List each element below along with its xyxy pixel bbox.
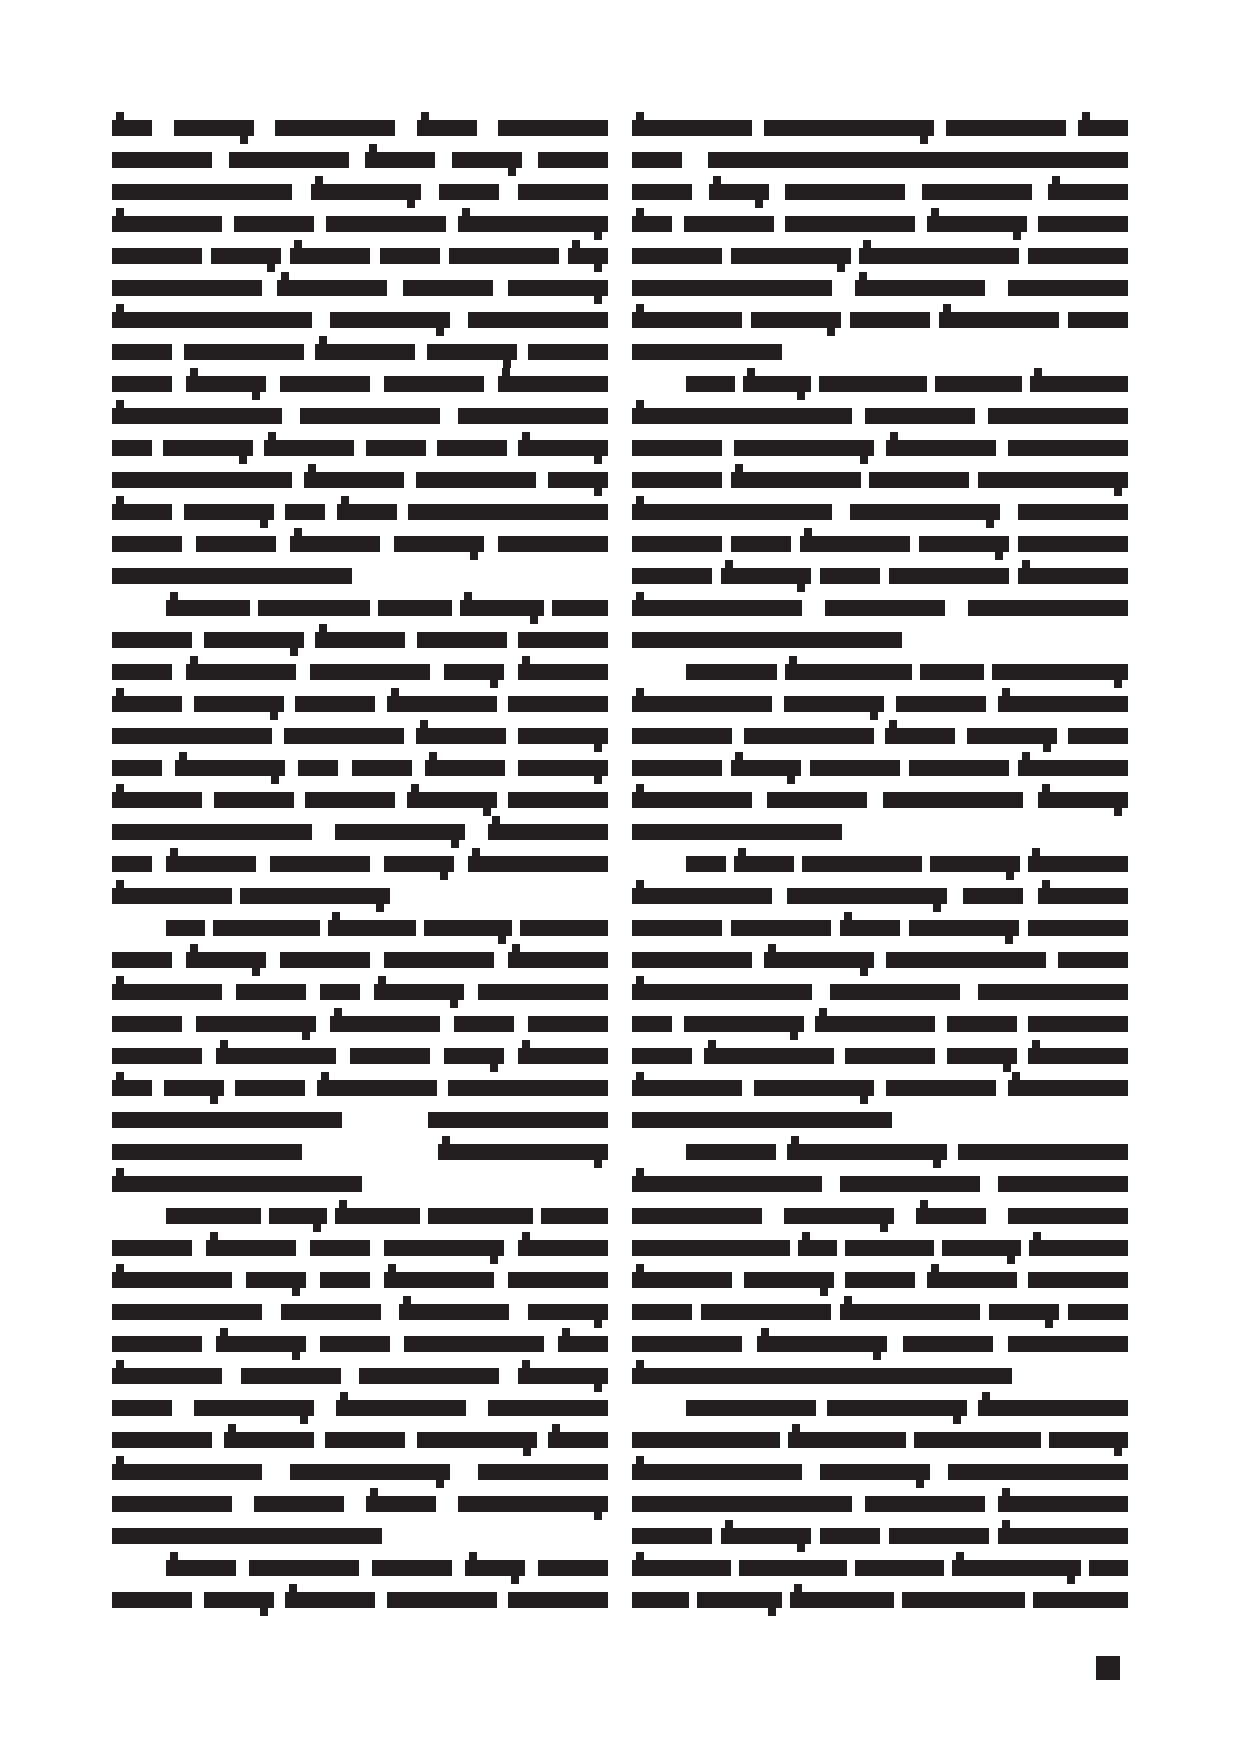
redacted-word xyxy=(568,248,608,264)
redacted-word xyxy=(855,1560,944,1576)
redacted-word xyxy=(112,1432,212,1448)
redacted-word xyxy=(234,216,314,232)
redacted-word xyxy=(632,568,712,584)
redacted-word xyxy=(686,1144,776,1160)
redacted-word xyxy=(920,664,984,680)
redacted-word xyxy=(909,920,1019,936)
redacted-word xyxy=(632,536,722,552)
text-line xyxy=(112,1584,608,1616)
redacted-word xyxy=(508,792,608,808)
redacted-word xyxy=(784,696,884,712)
redacted-word xyxy=(1048,184,1128,200)
redacted-word xyxy=(112,1272,232,1288)
redacted-word xyxy=(632,920,722,936)
redacted-word xyxy=(518,440,608,456)
redacted-word xyxy=(684,216,774,232)
redacted-word xyxy=(498,120,608,136)
redacted-word xyxy=(632,1464,802,1480)
redacted-word xyxy=(820,1528,880,1544)
redacted-word xyxy=(241,1368,341,1384)
redacted-word xyxy=(731,248,851,264)
text-line xyxy=(632,688,1128,720)
redacted-word xyxy=(112,1400,172,1416)
redacted-word xyxy=(330,312,450,328)
redacted-word xyxy=(632,440,722,456)
redacted-word xyxy=(632,1368,1012,1384)
redacted-word xyxy=(458,1496,608,1512)
redacted-word xyxy=(112,1368,222,1384)
redacted-word xyxy=(194,1400,314,1416)
redacted-word xyxy=(448,1080,608,1096)
text-line xyxy=(112,1104,608,1136)
redacted-word xyxy=(112,1304,262,1320)
redacted-word xyxy=(845,1240,934,1256)
redacted-word xyxy=(518,1240,608,1256)
text-line xyxy=(632,208,1128,240)
redacted-word xyxy=(417,632,507,648)
text-line xyxy=(112,240,608,272)
text-line xyxy=(632,1200,1128,1232)
text-line xyxy=(112,1488,608,1520)
right-column xyxy=(632,112,1128,1616)
text-line xyxy=(632,240,1128,272)
redacted-word xyxy=(1008,1336,1128,1352)
redacted-word xyxy=(399,1304,509,1320)
redacted-word xyxy=(632,1080,742,1096)
redacted-word xyxy=(968,600,1128,616)
redacted-word xyxy=(384,376,484,392)
redacted-word xyxy=(632,1208,762,1224)
redacted-word xyxy=(384,952,494,968)
redacted-word xyxy=(520,920,608,936)
redacted-word xyxy=(407,792,497,808)
redacted-word xyxy=(310,664,430,680)
redacted-word xyxy=(708,152,1128,168)
redacted-word xyxy=(1008,280,1128,296)
redacted-word xyxy=(417,120,477,136)
redacted-word xyxy=(989,1304,1059,1320)
redacted-word xyxy=(194,696,284,712)
redacted-word xyxy=(350,1048,430,1064)
redacted-word xyxy=(632,408,852,424)
text-line xyxy=(632,1584,1128,1616)
redacted-word xyxy=(827,1400,967,1416)
redacted-word xyxy=(1089,1560,1128,1576)
text-line xyxy=(112,752,608,784)
redacted-word xyxy=(112,216,222,232)
redacted-word xyxy=(112,376,172,392)
redacted-word xyxy=(404,1336,544,1352)
redacted-word xyxy=(186,664,296,680)
redacted-word xyxy=(454,1016,514,1032)
redacted-word xyxy=(1008,1080,1128,1096)
redacted-word xyxy=(112,280,262,296)
text-line xyxy=(112,112,608,144)
redacted-word xyxy=(428,1208,533,1224)
redacted-word xyxy=(186,376,266,392)
redacted-word xyxy=(889,1528,989,1544)
redacted-word xyxy=(697,1592,782,1608)
page-number-text: [redacted] xyxy=(1096,1656,1097,1657)
redacted-word xyxy=(204,632,304,648)
redacted-word xyxy=(922,184,1032,200)
redacted-word xyxy=(384,1240,504,1256)
redacted-word xyxy=(1018,568,1128,584)
redacted-word xyxy=(478,984,608,1000)
redacted-word xyxy=(632,1048,692,1064)
redacted-word xyxy=(444,664,504,680)
redacted-word xyxy=(337,504,397,520)
redacted-word xyxy=(366,1496,436,1512)
redacted-word xyxy=(830,984,960,1000)
redacted-word xyxy=(408,504,608,520)
redacted-word xyxy=(632,1304,692,1320)
redacted-word xyxy=(166,920,205,936)
redacted-word xyxy=(632,1272,732,1288)
redacted-word xyxy=(488,1400,608,1416)
redacted-word xyxy=(275,120,395,136)
redacted-word xyxy=(394,536,484,552)
redacted-word xyxy=(946,120,1066,136)
redacted-word xyxy=(518,1048,608,1064)
redacted-word xyxy=(246,1272,306,1288)
redacted-word xyxy=(335,824,465,840)
redacted-word xyxy=(632,824,842,840)
redacted-word xyxy=(112,1112,342,1128)
redacted-word xyxy=(285,1592,375,1608)
redacted-word xyxy=(552,600,608,616)
redacted-word xyxy=(1028,1016,1128,1032)
redacted-word xyxy=(896,696,986,712)
redacted-word xyxy=(213,920,320,936)
redacted-word xyxy=(359,1368,499,1384)
text-line xyxy=(112,304,608,336)
redacted-word xyxy=(916,1208,986,1224)
redacted-word xyxy=(224,1432,314,1448)
redacted-word xyxy=(1033,1592,1128,1608)
redacted-word xyxy=(112,1464,262,1480)
redacted-word xyxy=(320,1272,370,1288)
redacted-word xyxy=(1018,760,1128,776)
redacted-word xyxy=(902,1592,1025,1608)
redacted-word xyxy=(731,472,861,488)
text-line xyxy=(632,304,1128,336)
redacted-word xyxy=(498,536,608,552)
text-line xyxy=(112,1456,608,1488)
redacted-word xyxy=(254,1496,344,1512)
redacted-word xyxy=(315,344,415,360)
redacted-word xyxy=(458,216,608,232)
redacted-word xyxy=(743,376,811,392)
redacted-word xyxy=(731,536,791,552)
redacted-word xyxy=(374,984,464,1000)
redacted-word xyxy=(112,792,202,808)
redacted-word xyxy=(166,600,250,616)
text-line xyxy=(112,1040,608,1072)
redacted-word xyxy=(930,856,1020,872)
redacted-word xyxy=(709,184,769,200)
redacted-word xyxy=(632,760,722,776)
redacted-word xyxy=(632,1176,822,1192)
text-line xyxy=(632,496,1128,528)
redacted-word xyxy=(942,1240,1021,1256)
text-line xyxy=(112,1008,608,1040)
redacted-word xyxy=(290,536,380,552)
text-line xyxy=(632,848,1128,880)
redacted-word xyxy=(112,1048,202,1064)
text-line xyxy=(112,912,608,944)
redacted-word xyxy=(439,184,499,200)
redacted-word xyxy=(978,1400,1128,1416)
redacted-word xyxy=(1049,1432,1128,1448)
text-line xyxy=(632,368,1128,400)
redacted-word xyxy=(935,376,1023,392)
redacted-word xyxy=(825,600,945,616)
text-line xyxy=(632,816,1128,848)
redacted-word xyxy=(1030,376,1128,392)
redacted-word xyxy=(632,184,692,200)
redacted-word xyxy=(112,440,152,456)
text-line xyxy=(632,1296,1128,1328)
redacted-word xyxy=(206,1240,296,1256)
text-line xyxy=(632,528,1128,560)
text-line xyxy=(112,496,608,528)
redacted-word xyxy=(1028,1272,1128,1288)
redacted-word xyxy=(686,1400,816,1416)
redacted-word xyxy=(632,344,782,360)
redacted-word xyxy=(840,920,900,936)
redacted-word xyxy=(731,760,801,776)
text-line xyxy=(632,1232,1128,1264)
redacted-word xyxy=(465,1560,525,1576)
redacted-word xyxy=(538,152,608,168)
redacted-word xyxy=(112,632,192,648)
redacted-word xyxy=(112,408,282,424)
redacted-word xyxy=(280,376,370,392)
redacted-word xyxy=(460,600,544,616)
redacted-word xyxy=(840,1304,980,1320)
text-line xyxy=(632,656,1128,688)
text-line xyxy=(112,1520,608,1552)
redacted-word xyxy=(819,376,926,392)
redacted-word xyxy=(886,440,996,456)
redacted-word xyxy=(112,1240,192,1256)
redacted-word xyxy=(845,1048,935,1064)
redacted-word xyxy=(508,1272,608,1288)
redacted-word xyxy=(365,152,435,168)
redacted-word xyxy=(163,440,253,456)
redacted-word xyxy=(734,440,874,456)
redacted-word xyxy=(1008,1208,1128,1224)
redacted-word xyxy=(632,632,902,648)
redacted-word xyxy=(869,472,969,488)
text-line xyxy=(632,784,1128,816)
redacted-word xyxy=(335,1208,421,1224)
text-line xyxy=(112,1328,608,1360)
redacted-word xyxy=(798,1240,837,1256)
redacted-word xyxy=(632,1560,731,1576)
redacted-word xyxy=(632,312,742,328)
text-line xyxy=(112,944,608,976)
text-line xyxy=(632,1424,1128,1456)
redacted-word xyxy=(112,1080,152,1096)
redacted-word xyxy=(764,120,934,136)
text-line xyxy=(112,848,608,880)
redacted-word xyxy=(785,216,915,232)
redacted-word xyxy=(290,248,370,264)
text-line xyxy=(632,336,1128,368)
text-line xyxy=(112,784,608,816)
redacted-word xyxy=(886,1080,996,1096)
redacted-word xyxy=(1029,1240,1128,1256)
running-head-text: [redacted] xyxy=(338,44,339,45)
text-line xyxy=(112,144,608,176)
redacted-word xyxy=(417,1432,537,1448)
redacted-word xyxy=(468,312,608,328)
text-line xyxy=(112,592,608,624)
redacted-word xyxy=(632,1432,780,1448)
redacted-word xyxy=(196,536,276,552)
redacted-word xyxy=(1058,952,1128,968)
redacted-word xyxy=(438,1144,608,1160)
redacted-word xyxy=(290,1464,450,1480)
redacted-word xyxy=(298,760,338,776)
redacted-word xyxy=(992,664,1128,680)
redacted-word xyxy=(112,536,182,552)
redacted-word xyxy=(258,600,370,616)
redacted-word xyxy=(632,1528,712,1544)
redacted-word xyxy=(315,632,405,648)
text-line xyxy=(112,432,608,464)
redacted-word xyxy=(317,1080,437,1096)
redacted-word xyxy=(112,472,292,488)
redacted-word xyxy=(721,568,811,584)
text-line xyxy=(112,880,608,912)
redacted-word xyxy=(632,216,672,232)
redacted-word xyxy=(1028,1048,1128,1064)
redacted-word xyxy=(701,1304,831,1320)
redacted-word xyxy=(216,1048,336,1064)
redacted-word xyxy=(865,408,975,424)
redacted-word xyxy=(112,344,172,360)
text-line xyxy=(112,400,608,432)
redacted-word xyxy=(112,248,202,264)
text-line xyxy=(632,272,1128,304)
redacted-word xyxy=(885,728,955,744)
redacted-word xyxy=(632,120,752,136)
redacted-word xyxy=(330,1016,440,1032)
redacted-word xyxy=(788,1432,906,1448)
redacted-word xyxy=(998,1528,1128,1544)
redacted-word xyxy=(632,248,722,264)
redacted-word xyxy=(518,184,608,200)
text-line xyxy=(632,912,1128,944)
redacted-word xyxy=(704,1048,834,1064)
text-line xyxy=(112,272,608,304)
redacted-word xyxy=(380,248,440,264)
redacted-word xyxy=(731,920,831,936)
redacted-word xyxy=(325,1432,405,1448)
redacted-word xyxy=(820,1464,930,1480)
redacted-word xyxy=(112,984,222,1000)
text-line xyxy=(112,1136,608,1168)
redacted-word xyxy=(112,1336,202,1352)
redacted-word xyxy=(518,664,608,680)
redacted-word xyxy=(320,984,360,1000)
text-line xyxy=(632,1008,1128,1040)
redacted-word xyxy=(112,1016,182,1032)
text-line xyxy=(632,720,1128,752)
redacted-word xyxy=(112,120,152,136)
redacted-word xyxy=(518,728,608,744)
redacted-word xyxy=(164,1080,224,1096)
redacted-word xyxy=(326,216,446,232)
redacted-word xyxy=(1068,312,1128,328)
text-line xyxy=(112,336,608,368)
redacted-word xyxy=(787,888,947,904)
redacted-word xyxy=(305,792,395,808)
redacted-word xyxy=(855,280,985,296)
redacted-word xyxy=(277,280,387,296)
redacted-word xyxy=(175,760,285,776)
redacted-word xyxy=(1008,440,1128,456)
redacted-word xyxy=(249,1560,359,1576)
redacted-word xyxy=(112,1496,232,1512)
running-head: [redacted] xyxy=(338,44,980,72)
text-line xyxy=(112,464,608,496)
redacted-word xyxy=(764,952,874,968)
redacted-word xyxy=(998,1496,1128,1512)
redacted-word xyxy=(785,664,912,680)
redacted-word xyxy=(840,1176,980,1192)
text-line xyxy=(632,1072,1128,1104)
redacted-word xyxy=(1028,248,1128,264)
text-line xyxy=(632,112,1128,144)
redacted-word xyxy=(518,632,608,648)
redacted-word xyxy=(280,952,370,968)
text-line xyxy=(112,976,608,1008)
redacted-word xyxy=(927,1272,1017,1288)
redacted-word xyxy=(767,792,867,808)
redacted-word xyxy=(216,1336,306,1352)
text-line xyxy=(632,1264,1128,1296)
redacted-word xyxy=(112,760,162,776)
redacted-word xyxy=(166,856,256,872)
redacted-word xyxy=(865,1496,985,1512)
redacted-word xyxy=(927,216,1027,232)
redacted-word xyxy=(998,696,1128,712)
text-line xyxy=(112,208,608,240)
redacted-word xyxy=(802,856,922,872)
text-line xyxy=(112,560,608,592)
text-line xyxy=(112,1360,608,1392)
text-line xyxy=(112,688,608,720)
left-column xyxy=(112,112,608,1616)
text-line xyxy=(632,1392,1128,1424)
redacted-word xyxy=(112,1528,382,1544)
text-line xyxy=(112,1200,608,1232)
redacted-word xyxy=(632,1240,790,1256)
text-line xyxy=(632,976,1128,1008)
text-line xyxy=(632,880,1128,912)
redacted-word xyxy=(416,472,536,488)
redacted-word xyxy=(958,1144,1128,1160)
redacted-word xyxy=(1018,536,1128,552)
redacted-word xyxy=(739,1560,848,1576)
redacted-word xyxy=(452,152,522,168)
redacted-word xyxy=(845,1272,915,1288)
redacted-word xyxy=(632,1592,689,1608)
